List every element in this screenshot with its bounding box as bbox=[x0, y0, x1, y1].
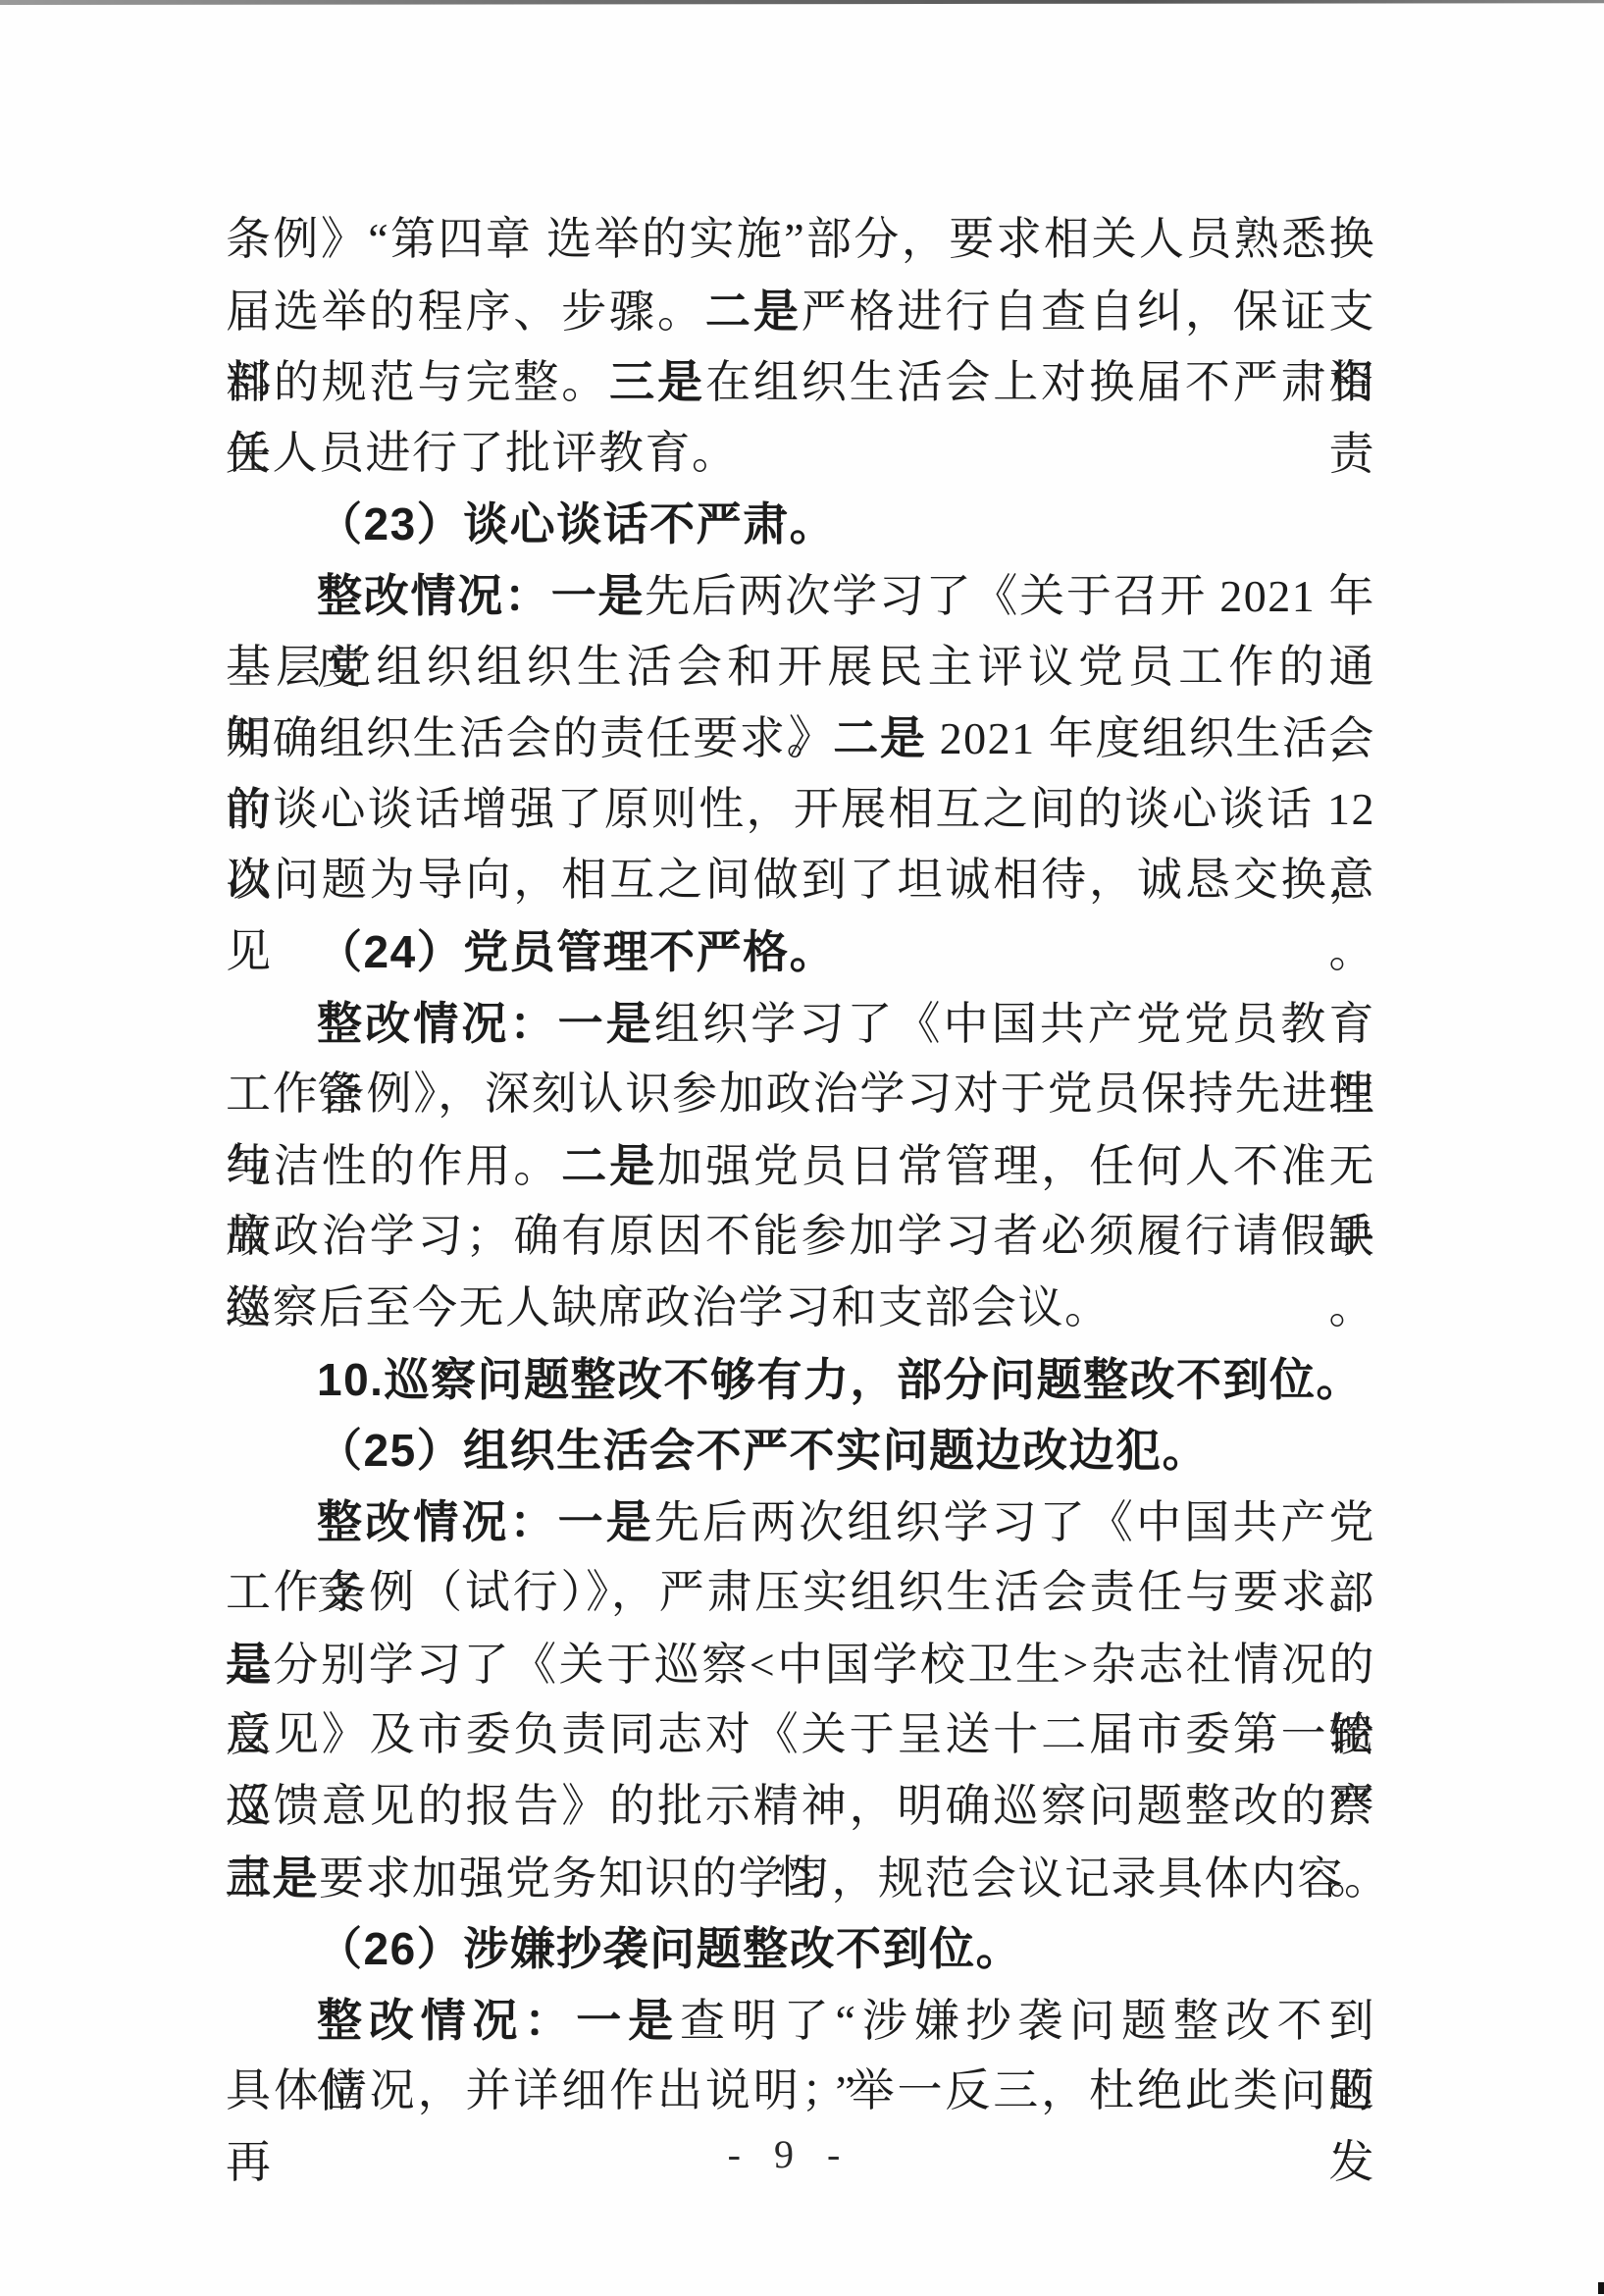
bold-text-segment: 二是 bbox=[833, 712, 926, 763]
text-line: 工作条例》，深刻认识参加政治学习对于党员保持先进性与 bbox=[226, 1059, 1375, 1130]
text-line: 反馈意见的报告》的批示精神，明确巡察问题整改的严肃性。 bbox=[226, 1771, 1375, 1843]
bold-text-segment: 整改情况：一是 bbox=[317, 998, 654, 1049]
scan-artifact-speck bbox=[1598, 2282, 1604, 2294]
bold-text-segment: 二是 bbox=[561, 1140, 657, 1191]
bold-text-segment: （23）谈心谈话不严肃。 bbox=[317, 498, 836, 549]
document-page: 条例》“第四章 选举的实施”部分，要求相关人员熟悉换届选举的程序、步骤。二是严格… bbox=[0, 0, 1604, 2296]
bold-text-segment: 整改情况：一是 bbox=[317, 570, 645, 621]
text-line: 料的规范与完整。三是在组织生活会上对换届不严肃相关责 bbox=[226, 346, 1375, 418]
text-segment: 条例》“第四章 选举的实施”部分，要求相关人员熟悉换 bbox=[226, 214, 1375, 264]
text-segment: 工作条例（试行）》，严肃压实组织生活会责任与要求。 bbox=[226, 1567, 1375, 1617]
text-line: 10.巡察问题整改不够有力，部分问题整改不到位。 bbox=[226, 1344, 1375, 1416]
text-line: 整改情况：一是查明了“涉嫌抄袭问题整改不到位”的 bbox=[226, 1985, 1375, 2057]
bold-text-segment: （26）涉嫌抄袭问题整改不到位。 bbox=[317, 1923, 1022, 1974]
text-segment: 料的规范与完整。 bbox=[226, 357, 609, 407]
bold-text-segment: 整改情况：一是 bbox=[317, 1995, 680, 2046]
text-segment: 届选举的程序、步骤。 bbox=[226, 287, 705, 337]
bold-text-segment: （25）组织生活会不严不实问题边改边犯。 bbox=[317, 1425, 1209, 1476]
text-line: 届选举的程序、步骤。二是严格进行自查自纠，保证支部资 bbox=[226, 276, 1375, 347]
text-line: 工作条例（试行）》，严肃压实组织生活会责任与要求。二 bbox=[226, 1557, 1375, 1629]
text-segment: 任人员进行了批评教育。 bbox=[226, 428, 739, 478]
page-number: - 9 - bbox=[0, 2131, 1579, 2177]
text-line: 整改情况：一是先后两次组织学习了《中国共产党支部 bbox=[226, 1487, 1375, 1558]
text-line: 席政治学习；确有原因不能参加学习者必须履行请假手续。 bbox=[226, 1201, 1375, 1273]
text-line: 的谈心谈话增强了原则性，开展相互之间的谈心谈话 12 次， bbox=[226, 774, 1375, 846]
text-line: 整改情况：一是先后两次学习了《关于召开 2021 年度 bbox=[226, 560, 1375, 632]
text-line: 以问题为导向，相互之间做到了坦诚相待，诚恳交换意见。 bbox=[226, 845, 1375, 916]
text-segment: 要求加强党务知识的学习，规范会议记录具体内容。 bbox=[319, 1853, 1391, 1904]
bold-text-segment: 10.巡察问题整改不够有力，部分问题整改不到位。 bbox=[317, 1354, 1363, 1405]
text-line: 意见》及市委负责同志对《关于呈送十二届市委第一轮巡察 bbox=[226, 1699, 1375, 1771]
text-line: 纯洁性的作用。二是加强党员日常管理，任何人不准无故缺 bbox=[226, 1130, 1375, 1202]
text-segment: 纯洁性的作用。 bbox=[226, 1141, 561, 1191]
text-line: （23）谈心谈话不严肃。 bbox=[226, 489, 1375, 560]
text-line: （25）组织生活会不严不实问题边改边犯。 bbox=[226, 1415, 1375, 1487]
text-line: 整改情况：一是组织学习了《中国共产党党员教育管理 bbox=[226, 988, 1375, 1060]
bold-text-segment: 整改情况：一是 bbox=[317, 1496, 654, 1547]
text-segment: 巡察后至今无人缺席政治学习和支部会议。 bbox=[226, 1282, 1112, 1332]
text-line: 具体情况，并详细作出说明；举一反三，杜绝此类问题再发 bbox=[226, 2056, 1375, 2127]
bold-text-segment: 二是 bbox=[705, 286, 802, 337]
document-body: 条例》“第四章 选举的实施”部分，要求相关人员熟悉换届选举的程序、步骤。二是严格… bbox=[226, 204, 1375, 2127]
text-line: 是分别学习了《关于巡察<中国学校卫生>杂志社情况的反馈 bbox=[226, 1629, 1375, 1700]
bold-text-segment: （24）党员管理不严格。 bbox=[317, 926, 836, 977]
text-line: 条例》“第四章 选举的实施”部分，要求相关人员熟悉换 bbox=[226, 204, 1375, 276]
text-line: 基层党组织组织生活会和开展民主评议党员工作的通知》， bbox=[226, 632, 1375, 704]
text-line: 明确组织生活会的责任要求。二是 2021 年度组织生活会前 bbox=[226, 703, 1375, 774]
bold-text-segment: 三是 bbox=[226, 1852, 319, 1904]
bold-text-segment: 三是 bbox=[609, 356, 705, 407]
bold-text-segment: 是 bbox=[226, 1639, 274, 1690]
text-line: （26）涉嫌抄袭问题整改不到位。 bbox=[226, 1913, 1375, 1985]
scan-artifact-top-edge bbox=[0, 0, 1604, 5]
text-line: 三是要求加强党务知识的学习，规范会议记录具体内容。 bbox=[226, 1843, 1375, 1914]
text-segment: 明确组织生活会的责任要求。 bbox=[226, 713, 833, 763]
